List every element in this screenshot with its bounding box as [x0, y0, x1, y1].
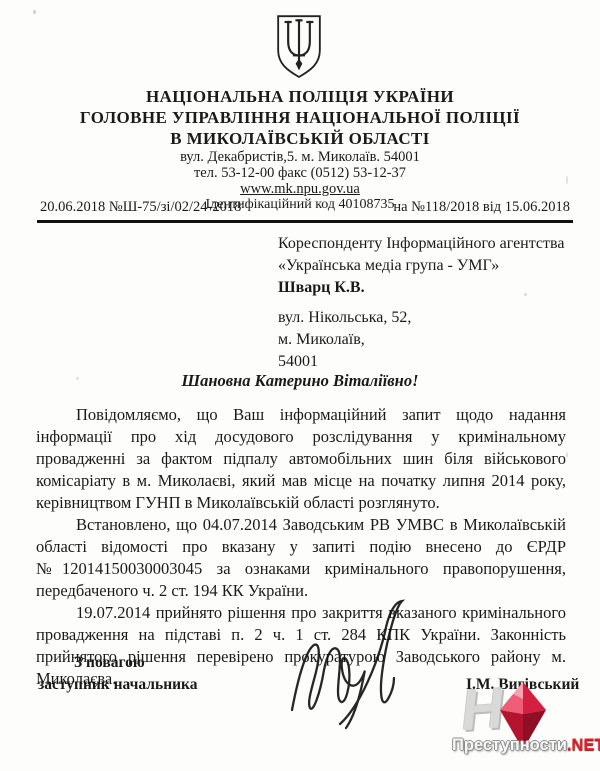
- org-name-line1: НАЦІОНАЛЬНА ПОЛІЦІЯ УКРАЇНИ: [0, 86, 600, 107]
- org-name-line2: ГОЛОВНЕ УПРАВЛІННЯ НАЦІОНАЛЬНОЇ ПОЛІЦІЇ: [0, 107, 600, 128]
- scan-artifact: [33, 10, 36, 14]
- recipient-address-line2: м. Миколаїв,: [278, 329, 411, 351]
- recipient-line1: Кореспонденту Інформаційного агентства: [278, 233, 564, 255]
- recipient-address-block: вул. Нікольська, 52, м. Миколаїв, 54001: [278, 307, 411, 373]
- watermark-site-tld: .NET: [567, 736, 600, 754]
- body-paragraph-2: Встановлено, що 04.07.2014 Заводським РВ…: [36, 514, 566, 602]
- ukraine-tryzub-emblem-icon: [274, 12, 324, 82]
- body-paragraph-1: Повідомляємо, що Ваш інформаційний запит…: [36, 404, 566, 514]
- closing-line1: З повагою: [38, 652, 198, 674]
- recipient-address-line3: 54001: [278, 351, 411, 373]
- scanned-letter-page: НАЦІОНАЛЬНА ПОЛІЦІЯ УКРАЇНИ ГОЛОВНЕ УПРА…: [0, 0, 600, 771]
- org-website-text: www.mk.npu.gov.ua: [240, 181, 360, 197]
- closing-block: З повагою заступник начальника: [38, 652, 198, 696]
- scan-artifact: [566, 176, 568, 184]
- salutation: Шановна Катерино Віталіївно!: [0, 371, 600, 391]
- recipient-block: Кореспонденту Інформаційного агентства «…: [278, 233, 564, 299]
- recipient-line2: «Українська медіа група - УМГ»: [278, 255, 564, 277]
- watermark-site-title: Преступности.NET: [452, 736, 600, 755]
- closing-line2: заступник начальника: [38, 674, 198, 696]
- org-website: www.mk.npu.gov.ua: [0, 182, 600, 197]
- recipient-name: Шварц К.В.: [278, 277, 564, 299]
- scan-artifact: [566, 452, 568, 458]
- letterhead-divider-rule: [37, 220, 573, 223]
- scan-artifact: [524, 293, 527, 296]
- scan-artifact: [76, 377, 79, 380]
- org-street-address: вул. Декабристів,5. м. Миколаїв. 54001: [0, 150, 600, 165]
- recipient-address-line1: вул. Нікольська, 52,: [278, 307, 411, 329]
- org-name-line3: В МИКОЛАЇВСЬКІЙ ОБЛАСТІ: [0, 128, 600, 149]
- outgoing-reference-number: 20.06.2018 №Ш-75/зі/02/24-2018: [40, 199, 241, 216]
- handwritten-signature-icon: [282, 598, 412, 740]
- watermark-site-name: Преступности: [452, 736, 567, 754]
- watermark-logo: Н Преступности.NET: [452, 680, 600, 766]
- org-phone: тел. 53-12-00 факс (0512) 53-12-37: [0, 166, 600, 181]
- incoming-reference-number: на №118/2018 від 15.06.2018: [393, 199, 570, 216]
